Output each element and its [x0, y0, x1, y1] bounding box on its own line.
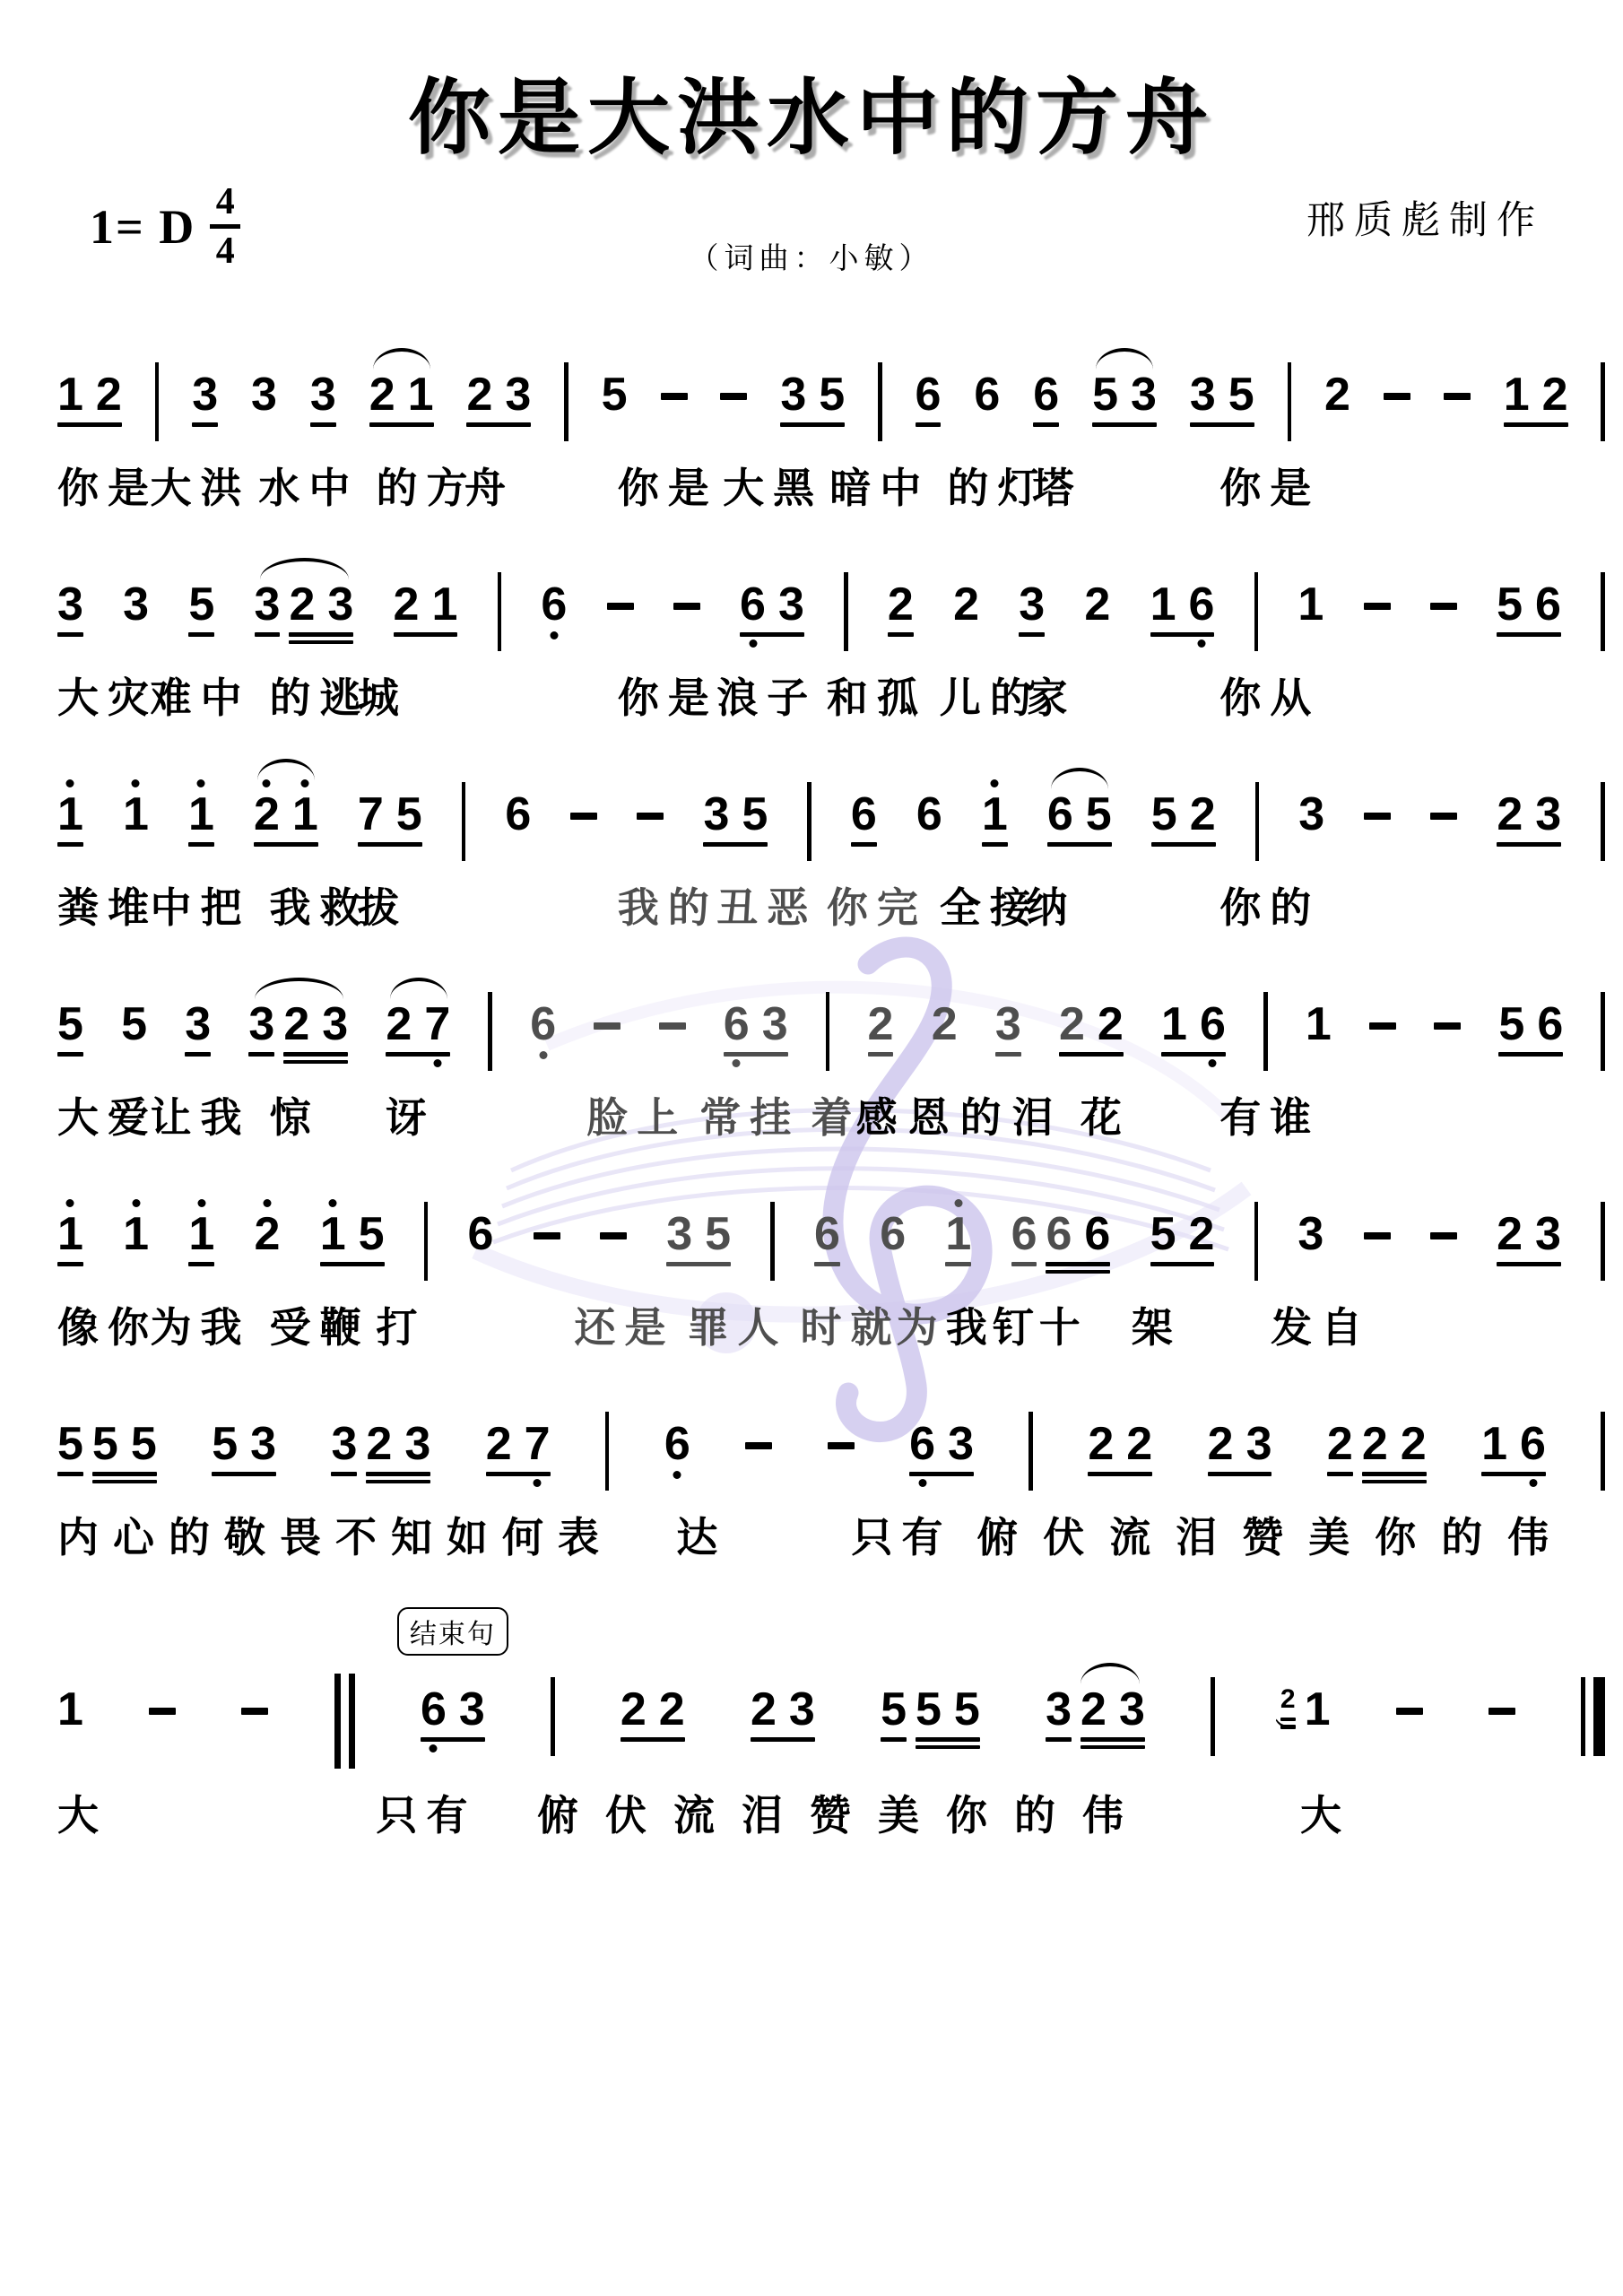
note-digit: 6 — [1537, 1001, 1563, 1048]
note-3: 3 — [327, 581, 353, 629]
note-group: 3 — [1298, 791, 1324, 839]
beam-group: 22 — [621, 1686, 685, 1742]
beam-group: 2 — [868, 1001, 894, 1057]
note-group: 323 — [255, 581, 354, 644]
note-digit: 2 — [255, 1211, 281, 1258]
note-digit: 5 — [916, 1686, 942, 1734]
barline — [605, 1412, 610, 1491]
beam-group: 22 — [1362, 1421, 1427, 1483]
octave-dot-above — [66, 779, 74, 787]
lyric-chunk: 俯伏流泪赞美你的伟 — [537, 1783, 1150, 1842]
note-digit: 1 — [1306, 1001, 1332, 1048]
beam-line — [320, 1262, 385, 1266]
note-digit: 5 — [954, 1686, 980, 1734]
note-2: 2 — [1280, 1686, 1296, 1714]
note-group: 23 — [751, 1686, 815, 1742]
note-group: 15 — [320, 1211, 385, 1266]
beam-line — [1504, 422, 1568, 427]
note-digit: 3 — [1019, 581, 1045, 629]
note-6: 6 — [541, 581, 567, 629]
octave-dot-below — [918, 1479, 926, 1487]
note-2: 2 — [369, 371, 395, 419]
note-3: 3 — [57, 581, 83, 629]
octave-dot-above — [197, 779, 205, 787]
octave-dot-below — [433, 1059, 441, 1067]
duration-dash — [534, 1232, 560, 1239]
note-6: 6 — [814, 1211, 840, 1258]
duration-dash — [1396, 1708, 1423, 1715]
duration-dash — [149, 1708, 176, 1715]
note-digit: 3 — [57, 581, 83, 629]
note-group: 5 — [188, 581, 214, 637]
note-digit: 1 — [123, 1211, 149, 1258]
note-1: 1 — [1306, 1001, 1332, 1048]
beam-line — [1046, 1262, 1110, 1266]
beam-group: 6 — [1033, 371, 1059, 427]
sheet-music-page: 你是大洪水中的方舟 1= D 4 4 （词曲：小敏） 邢质彪制作 1233321… — [0, 0, 1623, 2296]
note-digit: 2 — [659, 1686, 685, 1734]
beam-line — [1088, 1472, 1152, 1476]
beam-line — [1047, 842, 1112, 847]
beam-group: 5 — [57, 1001, 83, 1057]
note-3: 3 — [123, 581, 149, 629]
beam-line — [1019, 632, 1045, 637]
duration-dash — [570, 813, 597, 820]
beam-line — [703, 842, 768, 847]
lyrics-row: 大只有俯伏流泪赞美你的伟大 — [57, 1783, 1605, 1839]
beam-group: 1 — [982, 791, 1008, 847]
barline — [1254, 572, 1259, 651]
lyric-chunk: 中把 — [151, 875, 251, 935]
note-digit: 1 — [57, 371, 83, 419]
duration-dash — [241, 1708, 268, 1715]
note-digit: 3 — [789, 1686, 815, 1734]
beam-group: 22 — [1059, 1001, 1124, 1057]
beam-group: 1 — [1305, 1686, 1331, 1734]
note-2: 2 — [96, 371, 122, 419]
notes-row: 1233321235356665335212 — [57, 341, 1605, 441]
note-2: 2 — [888, 581, 914, 629]
beam-group: 3 — [192, 371, 218, 427]
beam-line — [881, 1737, 907, 1742]
beam-group: 23 — [283, 1001, 348, 1064]
slur-arc — [1096, 348, 1153, 370]
duration-dash — [661, 393, 688, 400]
beam-line — [283, 1060, 348, 1065]
note-3: 3 — [1535, 791, 1561, 839]
lyric-chunk: 你是 — [1219, 456, 1320, 515]
note-group: 6 — [1033, 371, 1059, 427]
lyric-chunk: 大爱 — [57, 1085, 158, 1144]
beam-group: 35 — [703, 791, 768, 847]
note-1: 1 — [320, 1211, 346, 1258]
music-system: 553323276632232216156大爱让我惊讶脸上常挂着感恩的泪花有谁 — [57, 970, 1605, 1141]
lyric-chunk: 花 — [1081, 1085, 1131, 1144]
lyric-chunk: 舟 — [464, 456, 515, 515]
note-group: 21 — [254, 791, 318, 847]
note-group: 555 — [57, 1421, 157, 1483]
note-digit: 2 — [868, 1001, 894, 1048]
note-2: 2 — [1189, 1211, 1215, 1258]
note-1: 1 — [1305, 1686, 1331, 1734]
beam-group: 23 — [289, 581, 353, 644]
beam-group: 65 — [1047, 791, 1112, 847]
beam-line — [724, 1052, 788, 1057]
beam-line — [868, 1052, 894, 1057]
lyric-chunk: 只有 — [377, 1783, 477, 1842]
lyric-chunk: 让我 — [151, 1085, 251, 1144]
note-digit: 1 — [431, 581, 457, 629]
note-digit: 7 — [424, 1001, 450, 1048]
barline — [551, 1677, 555, 1756]
note-digit: 2 — [289, 581, 315, 629]
lyrics-row: 你是大洪水中的方舟你是大黑暗中的灯塔你是 — [57, 456, 1605, 511]
note-2: 2 — [1362, 1421, 1388, 1468]
note-group: 6 — [851, 791, 877, 847]
note-digit: 5 — [57, 1001, 83, 1048]
note-digit: 2 — [1126, 1421, 1152, 1468]
note-3: 3 — [1019, 581, 1045, 629]
note-digit: 6 — [724, 1001, 750, 1048]
note-3: 3 — [1119, 1686, 1145, 1734]
note-digit: 2 — [1081, 1686, 1107, 1734]
beam-group: 3 — [310, 371, 336, 427]
note-1: 1 — [57, 1686, 83, 1734]
note-group: 1 — [123, 1211, 149, 1258]
beam-line — [289, 640, 353, 645]
note-5: 5 — [954, 1686, 980, 1734]
octave-dot-below — [733, 1059, 741, 1067]
note-2: 2 — [751, 1686, 777, 1734]
beam-line — [995, 1052, 1021, 1057]
note-group: 6 — [916, 791, 942, 839]
note-digit: 3 — [123, 581, 149, 629]
note-group: 5 — [121, 1001, 147, 1048]
duration-dash — [637, 813, 664, 820]
note-digit: 3 — [1190, 371, 1216, 419]
note-2: 2 — [1126, 1421, 1152, 1468]
beam-group: 56 — [1498, 1001, 1563, 1057]
note-digit: 2 — [1542, 371, 1568, 419]
duration-dash — [1364, 1232, 1391, 1239]
note-digit: 1 — [945, 1211, 971, 1258]
note-2: 2 — [1088, 1421, 1114, 1468]
duration-dash — [1364, 813, 1391, 820]
note-group: 1 — [123, 791, 149, 839]
lyric-chunk: 我钉十 — [946, 1295, 1086, 1354]
note-5: 5 — [57, 1421, 83, 1468]
notation-area: 1233321235356665335212你是大洪水中的方舟你是大黑暗中的灯塔… — [57, 341, 1605, 1839]
duration-dash — [594, 1022, 621, 1030]
note-digit: 6 — [851, 791, 877, 839]
duration-dash — [673, 603, 700, 610]
note-6: 6 — [916, 791, 942, 839]
duration-dash — [1430, 813, 1457, 820]
lyric-chunk: 的方 — [377, 456, 477, 515]
note-digit: 7 — [358, 791, 384, 839]
lyric-chunk: 罪人 — [687, 1295, 787, 1354]
note-group: 3 — [123, 581, 149, 629]
note-digit: 5 — [1086, 791, 1112, 839]
beam-group: 35 — [780, 371, 845, 427]
lyric-chunk: 大洪 — [151, 456, 251, 515]
note-digit: 2 — [1362, 1421, 1388, 1468]
barline — [1601, 572, 1605, 651]
note-5: 5 — [92, 1421, 118, 1468]
lyrics-row: 内心的敬畏不知如何表达只有俯伏流泪赞美你的伟 — [57, 1505, 1605, 1561]
beam-line — [188, 842, 214, 847]
note-6: 6 — [1537, 1001, 1563, 1048]
note-5: 5 — [881, 1686, 907, 1734]
note-3: 3 — [505, 371, 531, 419]
barline — [488, 992, 492, 1071]
duration-dash — [1444, 393, 1471, 400]
beam-group: 3 — [1046, 1686, 1072, 1749]
note-1: 1 — [123, 791, 149, 839]
note-group: 6 — [974, 371, 1000, 419]
octave-dot-above — [132, 779, 140, 787]
note-digit: 1 — [57, 791, 83, 839]
note-digit: 5 — [92, 1421, 118, 1468]
duration-dash — [1430, 1232, 1457, 1239]
note-1: 1 — [57, 791, 83, 839]
lyric-chunk: 大 — [57, 1783, 108, 1842]
note-digit: 2 — [1059, 1001, 1085, 1048]
note-2: 2 — [1327, 1421, 1353, 1468]
note-1: 1 — [408, 371, 434, 419]
note-3: 3 — [192, 371, 218, 419]
note-6: 6 — [1520, 1421, 1546, 1468]
beam-group: 2 — [255, 1211, 281, 1258]
beam-group: 52 — [1150, 1211, 1215, 1266]
note-1: 1 — [945, 1211, 971, 1258]
lyricist-composer-credit: （词曲：小敏） — [690, 235, 934, 277]
beam-line — [916, 1737, 980, 1742]
note-group: 222 — [1327, 1421, 1427, 1483]
note-group: 53 — [212, 1421, 276, 1476]
barline — [807, 782, 811, 861]
octave-dot-below — [550, 631, 558, 639]
barline — [1254, 1202, 1259, 1281]
duration-dash — [745, 1442, 772, 1449]
note-digit: 5 — [396, 791, 422, 839]
music-system: 5555332327663222322216内心的敬畏不知如何表达只有俯伏流泪赞… — [57, 1390, 1605, 1561]
note-5: 5 — [916, 1686, 942, 1734]
note-group: 1 — [945, 1211, 971, 1266]
key-signature: 1= D 4 4 — [90, 183, 240, 270]
beam-group: 3 — [995, 1001, 1021, 1057]
note-group: 1 — [188, 791, 214, 847]
note-digit: 6 — [421, 1686, 447, 1734]
music-system: 11121756356616552323粪堆中把我救拔我的丑恶你完全接纳你的 — [57, 761, 1605, 931]
note-6: 6 — [1084, 1211, 1110, 1258]
beam-group: 1 — [57, 1686, 83, 1734]
note-2: 2 — [621, 1686, 647, 1734]
beam-group: 1 — [1306, 1001, 1332, 1048]
slur-arc — [1051, 768, 1108, 789]
note-group: 3 — [1298, 1211, 1324, 1258]
note-digit: 5 — [881, 1686, 907, 1734]
note-digit: 2 — [1088, 1421, 1114, 1468]
note-group: 3 — [1019, 581, 1045, 637]
note-group: 6 — [541, 581, 567, 629]
note-group: 35 — [780, 371, 845, 427]
beam-line — [386, 1052, 450, 1057]
note-group: 35 — [703, 791, 768, 847]
note-digit: 2 — [953, 581, 979, 629]
beam-group: 2 — [1327, 1421, 1353, 1483]
note-6: 6 — [1033, 371, 1059, 419]
beam-line — [1046, 1737, 1072, 1742]
note-group: 5 — [57, 1001, 83, 1057]
lyric-chunk: 俯伏流泪赞美你的伟 — [976, 1505, 1574, 1564]
beam-group: 6 — [1011, 1211, 1037, 1274]
barline — [1211, 1677, 1215, 1756]
slur-arc — [1081, 1663, 1140, 1684]
meter-divider — [210, 224, 240, 229]
note-digit: 5 — [57, 1421, 83, 1468]
beam-group: 16 — [1150, 581, 1215, 637]
barline — [1263, 992, 1268, 1071]
beam-line — [310, 422, 336, 427]
barline — [1601, 1412, 1605, 1491]
note-group: 23 — [1208, 1421, 1272, 1476]
barline — [826, 992, 830, 1071]
beam-group: 23 — [1497, 1211, 1561, 1266]
note-1: 1 — [1161, 1001, 1187, 1048]
note-digit: 5 — [1151, 791, 1177, 839]
slur-arc — [260, 558, 349, 579]
beam-group: 23 — [1208, 1421, 1272, 1476]
note-digit: 2 — [1189, 1211, 1215, 1258]
beam-group: 1 — [188, 1211, 214, 1266]
beam-group: 56 — [1497, 581, 1561, 637]
beam-group: 63 — [740, 581, 804, 637]
beam-group: 63 — [909, 1421, 974, 1476]
beam-group: 15 — [320, 1211, 385, 1266]
lyric-chunk: 的逃 — [269, 665, 369, 725]
beam-line — [982, 842, 1008, 847]
note-digit: 3 — [1535, 791, 1561, 839]
note-5: 5 — [131, 1421, 157, 1468]
lyric-chunk: 你是 — [57, 456, 158, 515]
beam-group: 53 — [1092, 371, 1157, 427]
note-2: 2 — [1497, 791, 1523, 839]
note-digit: 1 — [123, 791, 149, 839]
note-digit: 5 — [131, 1421, 157, 1468]
note-digit: 6 — [664, 1421, 690, 1468]
note-digit: 1 — [1481, 1421, 1507, 1468]
note-group: 63 — [724, 1001, 788, 1057]
barline — [878, 362, 882, 441]
note-2: 2 — [366, 1421, 392, 1468]
barline — [1288, 362, 1292, 441]
beam-group: 2 — [888, 581, 914, 637]
notes-row: 33532321663223216156 — [57, 551, 1605, 651]
beam-line — [466, 422, 531, 427]
barline — [1601, 782, 1605, 861]
lyric-chunk: 儿的 — [940, 665, 1040, 725]
note-digit: 6 — [880, 1211, 906, 1258]
note-2: 2 — [283, 1001, 309, 1048]
note-2: 2 — [289, 581, 315, 629]
note-digit: 1 — [408, 371, 434, 419]
note-6: 6 — [916, 371, 942, 419]
note-group: 75 — [358, 791, 422, 847]
note-3: 3 — [1298, 791, 1324, 839]
octave-dot-above — [954, 1199, 962, 1207]
note-5: 5 — [212, 1421, 238, 1468]
beam-line — [212, 1472, 276, 1476]
barline — [844, 572, 848, 651]
note-3: 3 — [250, 1421, 276, 1468]
note-group: 65 — [1047, 791, 1112, 847]
lyric-chunk: 你是 — [618, 665, 718, 725]
note-digit: 3 — [948, 1421, 974, 1468]
note-digit: 6 — [1084, 1211, 1110, 1258]
beam-group: 3 — [185, 1001, 211, 1057]
note-1: 1 — [57, 371, 83, 419]
notes-row: 5555332327663222322216 — [57, 1390, 1605, 1491]
beam-line — [255, 632, 281, 637]
note-group: 2 — [932, 1001, 958, 1048]
beam-line — [1033, 422, 1059, 427]
note-group: 21 — [394, 581, 458, 637]
beam-line — [1150, 1262, 1215, 1266]
note-digit: 6 — [916, 791, 942, 839]
double-barline — [334, 1674, 355, 1769]
note-digit: 6 — [1046, 1211, 1072, 1258]
note-digit: 1 — [188, 791, 214, 839]
beam-group: 5 — [188, 581, 214, 637]
beam-group: 75 — [358, 791, 422, 847]
beam-group: 6 — [664, 1421, 690, 1468]
beam-group: 3 — [255, 581, 281, 644]
barline — [1601, 1202, 1605, 1281]
note-2: 2 — [659, 1686, 685, 1734]
note-digit: 3 — [1298, 791, 1324, 839]
note-digit: 6 — [1047, 791, 1073, 839]
beam-line — [1046, 1270, 1110, 1274]
beam-group: 3 — [1298, 1211, 1324, 1258]
note-group: 1 — [57, 1211, 83, 1266]
duration-dash — [720, 393, 747, 400]
note-group: 52 — [1151, 791, 1216, 847]
final-barline — [1581, 1677, 1605, 1756]
note-group: 56 — [1498, 1001, 1563, 1057]
octave-dot-above — [329, 1199, 337, 1207]
note-digit: 5 — [121, 1001, 147, 1048]
beam-line — [185, 1052, 211, 1057]
note-1: 1 — [123, 1211, 149, 1258]
beam-group: 35 — [666, 1211, 731, 1266]
beam-group: 3 — [248, 1001, 274, 1064]
note-group: 666 — [1011, 1211, 1111, 1274]
note-group: 27 — [486, 1421, 551, 1476]
note-6: 6 — [664, 1421, 690, 1468]
note-digit: 6 — [814, 1211, 840, 1258]
note-group: 323 — [1046, 1686, 1145, 1749]
note-5: 5 — [57, 1001, 83, 1048]
note-digit: 5 — [742, 791, 768, 839]
note-group: 555 — [881, 1686, 980, 1749]
duration-dash — [1384, 393, 1410, 400]
beam-line — [1081, 1737, 1145, 1742]
duration-dash — [600, 1232, 627, 1239]
note-3: 3 — [185, 1001, 211, 1048]
octave-dot-below — [1209, 1059, 1217, 1067]
note-group: 21 — [369, 371, 434, 427]
